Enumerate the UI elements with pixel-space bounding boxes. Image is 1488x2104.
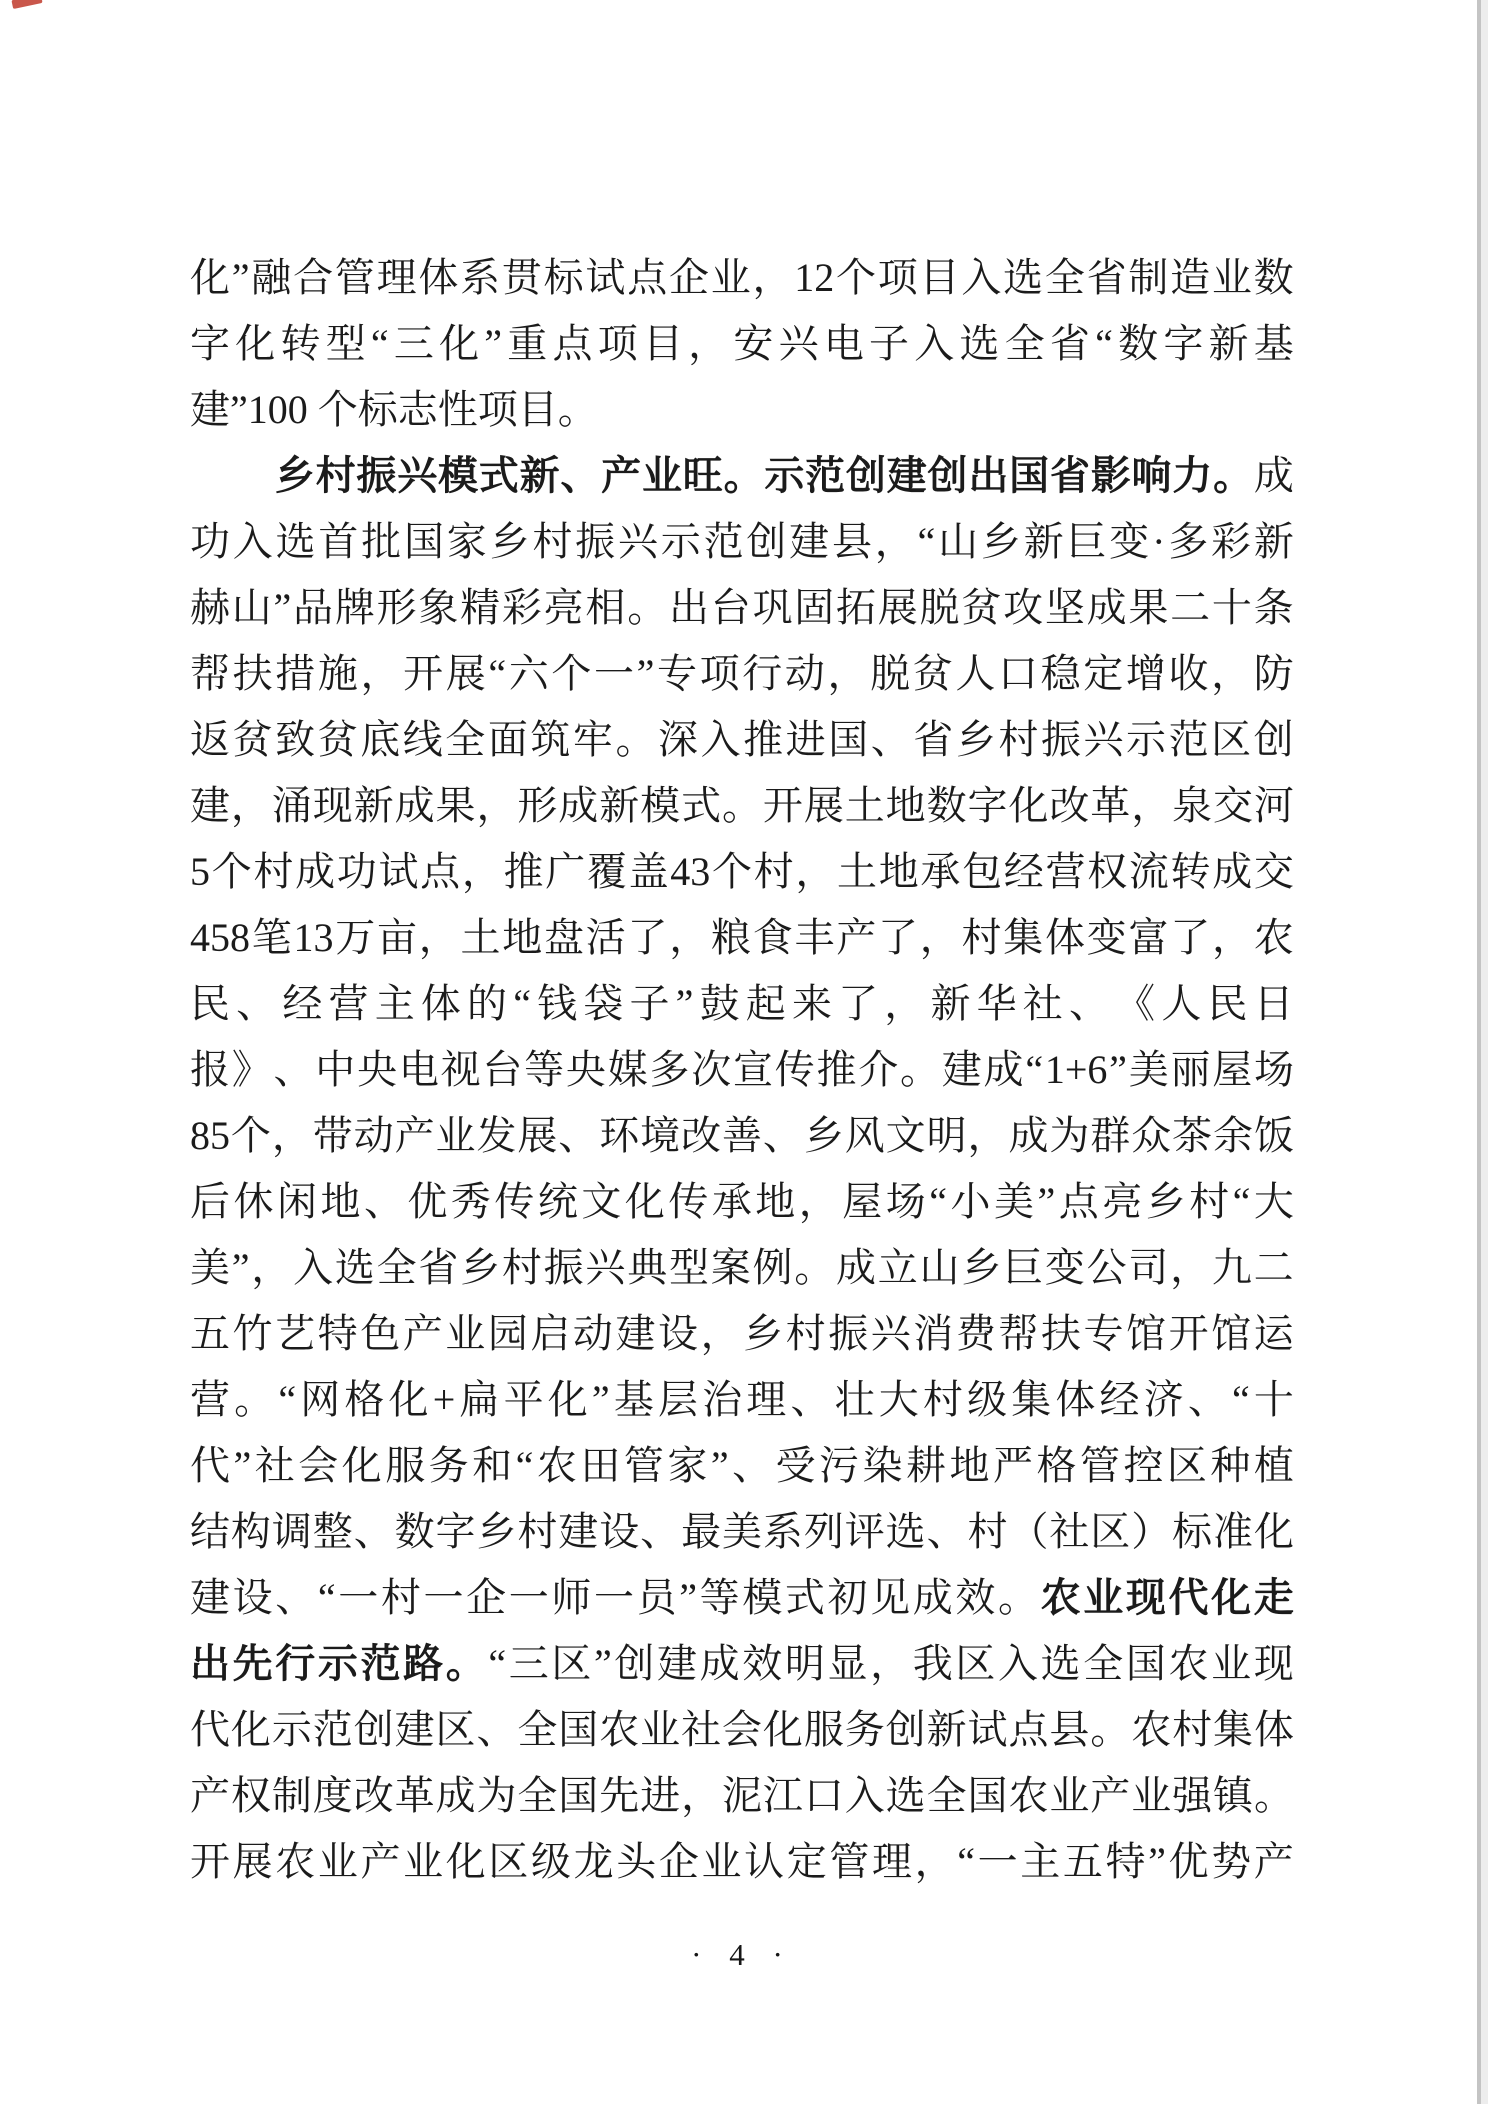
text-token: 袋 (583, 971, 623, 1037)
text-token: 竹 (233, 1301, 273, 1367)
text-token: 大 (1254, 1169, 1294, 1235)
text-token: 案 (711, 1235, 751, 1301)
text-token: 日 (1254, 971, 1294, 1037)
text-token: 环 (599, 1103, 639, 1169)
text-token: 展 (517, 1103, 557, 1169)
text-token: 丰 (795, 905, 835, 971)
text-token: 济 (1144, 1367, 1184, 1433)
text-token: 产 (836, 905, 876, 971)
text-token: 标 (1172, 1499, 1212, 1565)
text-token: 建 (558, 1499, 598, 1565)
text-token: 振 (575, 509, 615, 575)
text-token: 钱 (537, 971, 577, 1037)
bold-text-token: 业 (1083, 1565, 1123, 1631)
text-token: 化 (439, 311, 479, 377)
text-token: 致 (275, 707, 315, 773)
text-token: 了 (838, 971, 878, 1037)
text-token: 明 (785, 1631, 825, 1697)
bold-text-token: 业 (642, 443, 682, 509)
bold-text-token: 农 (1041, 1565, 1081, 1631)
text-token: 革 (1090, 773, 1130, 839)
bold-text-token: 示 (764, 443, 804, 509)
text-token: 乡 (743, 1301, 783, 1367)
text-token: 面 (488, 707, 528, 773)
text-token: 见 (870, 1565, 910, 1631)
text-token: 产 (403, 1301, 443, 1367)
text-token: 体 (1254, 1697, 1294, 1763)
text-token: 化 (190, 245, 230, 311)
text-token: 服 (804, 1697, 844, 1763)
text-token: 费 (956, 1301, 996, 1367)
text-line: 化”融合管理体系贯标试点企业，12个项目入选全省制造业数 (190, 245, 1294, 311)
text-token: 个 (212, 839, 252, 905)
text-token: ， (915, 1829, 955, 1895)
bold-text-token: 旺 (683, 443, 723, 509)
text-token: 贫 (961, 575, 1001, 641)
text-token: 底 (360, 707, 400, 773)
text-token: 范 (704, 509, 744, 575)
text-token: 列 (804, 1499, 844, 1565)
text-token: 巨 (1003, 1235, 1043, 1301)
bold-text-token: 创 (928, 443, 968, 509)
text-token: 模 (640, 773, 680, 839)
text-token: 国 (968, 1763, 1008, 1829)
text-line: 帮扶措施，开展“六个一”专项行动，脱贫人口稳定增收，防 (190, 641, 1294, 707)
text-token: 创 (886, 1697, 926, 1763)
text-token: 振 (544, 1235, 584, 1301)
text-token: 一 (424, 1565, 464, 1631)
text-token: 系 (460, 245, 500, 311)
text-token: 化 (1254, 1499, 1294, 1565)
text-token: 458 (190, 905, 250, 971)
text-token: ， (681, 1763, 721, 1829)
text-token: 建 (657, 1631, 697, 1697)
text-token: ， (231, 773, 271, 839)
text-token: ， (251, 1235, 291, 1301)
text-token: ， (870, 1631, 910, 1697)
text-token: 变 (1109, 509, 1149, 575)
text-token: 创 (1254, 707, 1294, 773)
text-token: “ (488, 641, 506, 707)
text-token: 。 (998, 1565, 1038, 1631)
text-token: 选 (335, 1235, 375, 1301)
text-token: 格 (1036, 1433, 1076, 1499)
text-token: 造 (1170, 245, 1210, 311)
text-token: 特 (1106, 1829, 1146, 1895)
text-token: 点 (1059, 1169, 1099, 1235)
text-token: 一 (338, 1565, 378, 1631)
page-edge-shadow (1477, 0, 1481, 2104)
text-token: 、 (871, 707, 911, 773)
text-token: 人 (955, 641, 995, 707)
text-token: 家 (447, 509, 487, 575)
text-token: 试 (968, 1697, 1008, 1763)
text-token: 数 (395, 1499, 435, 1565)
text-token: 化 (763, 1697, 803, 1763)
text-token: 构 (231, 1499, 271, 1565)
text-token: 选 (1041, 1631, 1081, 1697)
text-token: （ (1008, 1499, 1048, 1565)
text-token: ， (828, 641, 868, 707)
text-token: 入 (845, 1763, 885, 1829)
text-token: ， (799, 1169, 839, 1235)
text-token: 亮 (544, 575, 584, 641)
text-token: 业 (1131, 1763, 1171, 1829)
text-token: 试 (378, 839, 418, 905)
text-token: 全 (517, 1763, 557, 1829)
bold-text-token: 影 (1091, 443, 1131, 509)
text-token: 村 (1189, 1169, 1229, 1235)
text-token: 村 (786, 1301, 826, 1367)
text-line: 出先行示范路。“三区”创建成效明显，我区入选全国农业现 (190, 1631, 1294, 1697)
text-token: ， (688, 311, 728, 377)
text-token: 受 (776, 1433, 816, 1499)
text-token: 、 (476, 1697, 516, 1763)
text-token: 新 (1024, 509, 1064, 575)
text-token: 万 (335, 905, 375, 971)
text-token: 创 (354, 1697, 394, 1763)
text-token: 泥 (722, 1763, 762, 1829)
text-token: ， (272, 1103, 312, 1169)
text-token: 型 (326, 311, 366, 377)
text-token: 、 (354, 1499, 394, 1565)
text-token: 基 (614, 1367, 654, 1433)
text-token: 小 (950, 1169, 990, 1235)
text-token: 企 (669, 245, 709, 311)
text-token: 严 (993, 1433, 1033, 1499)
text-token: 县 (1049, 1697, 1089, 1763)
text-token: ” (637, 641, 655, 707)
text-token: 动 (785, 641, 825, 707)
text-token: 式 (785, 1565, 825, 1631)
text-token: 型 (669, 1235, 709, 1301)
bold-text-token: 产 (601, 443, 641, 509)
text-token: 华 (977, 971, 1017, 1037)
bold-text-token: 村 (316, 443, 356, 509)
text-token: ” (711, 1433, 729, 1499)
text-token: 数 (1118, 311, 1158, 377)
text-line: 字化转型“三化”重点项目，安兴电子入选全省“数字新基 (190, 311, 1294, 377)
text-token: 人 (1161, 971, 1201, 1037)
bold-text-token: 创 (846, 443, 886, 509)
text-token: 业 (640, 1697, 680, 1763)
text-token: 口 (998, 641, 1038, 707)
text-token: ” (676, 971, 694, 1037)
text-token: 固 (794, 575, 834, 641)
text-line: 美”，入选全省乡村振兴典型案例。成立山乡巨变公司，九二 (190, 1235, 1294, 1301)
text-token: 全 (517, 1697, 557, 1763)
text-token: 代 (190, 1697, 230, 1763)
text-line: 后休闲地、优秀传统文化传承地，屋场“小美”点亮乡村“大 (190, 1169, 1294, 1235)
text-token: 措 (275, 641, 315, 707)
text-token: 成 (984, 1037, 1024, 1103)
bold-text-token: 走 (1254, 1565, 1294, 1631)
text-token: 展 (446, 641, 486, 707)
text-token: ” (274, 575, 292, 641)
text-token: 势 (1211, 1829, 1251, 1895)
text-token: 成 (395, 773, 435, 839)
text-token: 一 (509, 1565, 549, 1631)
text-token: ） (1131, 1499, 1171, 1565)
text-token: 美 (1129, 1037, 1169, 1103)
text-token: 一 (594, 641, 634, 707)
text-token: 十 (1254, 1367, 1294, 1433)
text-token: 批 (361, 509, 401, 575)
text-token: 全 (927, 1763, 967, 1829)
bold-text-token: 先 (233, 1631, 273, 1697)
text-token: 会 (722, 1697, 762, 1763)
text-token: 出 (669, 575, 709, 641)
text-token: 5 (190, 839, 210, 905)
text-token: “ (1095, 311, 1113, 377)
text-token: 入 (233, 509, 273, 575)
page-number-text: · 4 · (691, 1937, 793, 1972)
text-token: 省 (1050, 311, 1090, 377)
text-token: 来 (792, 971, 832, 1037)
text-token: 牢 (573, 707, 613, 773)
text-token: “ (1232, 1367, 1250, 1433)
text-token: 认 (744, 1829, 784, 1895)
text-token: 区 (1211, 707, 1251, 773)
text-token: 田 (580, 1433, 620, 1499)
bold-text-token: 式 (479, 443, 519, 509)
text-token: 变 (1045, 1235, 1085, 1301)
text-token: 点 (1008, 1697, 1048, 1763)
text-token: 明 (927, 1103, 967, 1169)
text-token: 区 (488, 1829, 528, 1895)
bold-text-token: 范 (805, 443, 845, 509)
text-token: 和 (472, 1433, 512, 1499)
text-token: ， (968, 1103, 1008, 1169)
text-token: 管 (829, 1829, 869, 1895)
text-token: 公 (1087, 1235, 1127, 1301)
bold-text-token: 化 (1211, 1565, 1251, 1631)
text-token: 成 (836, 1235, 876, 1301)
text-token: 进 (786, 707, 826, 773)
text-token: 了 (628, 905, 668, 971)
text-token: 成 (700, 1631, 740, 1697)
text-token: 为 (476, 1763, 516, 1829)
bold-text-token: 出 (190, 1631, 230, 1697)
text-token: 营 (329, 971, 369, 1037)
text-line: 458笔13万亩，土地盘活了，粮食丰产了，村集体变富了，农 (190, 905, 1294, 971)
text-token: 头 (616, 1829, 656, 1895)
text-token: ， (795, 839, 835, 905)
text-token: 交 (1213, 773, 1253, 839)
text-token: 安 (733, 311, 773, 377)
text-token: 经 (1100, 1367, 1140, 1433)
text-token: 地 (502, 905, 542, 971)
text-token: 选 (886, 1499, 926, 1565)
text-token: 农 (599, 1697, 639, 1763)
text-token: 余 (1213, 1103, 1253, 1169)
text-token: 管 (335, 245, 375, 311)
text-token: 善 (722, 1103, 762, 1169)
text-token: 系 (763, 1499, 803, 1565)
text-token: 合 (293, 245, 333, 311)
text-token: 展 (233, 1829, 273, 1895)
text-token: 民 (190, 971, 230, 1037)
bold-text-token: 力 (1172, 443, 1212, 509)
text-token: ” (594, 1631, 612, 1697)
text-token: 建 (789, 509, 829, 575)
text-token: 境 (640, 1103, 680, 1169)
text-token: 现 (1254, 1631, 1294, 1697)
bold-text-token: 振 (356, 443, 396, 509)
text-token: 村 (532, 509, 572, 575)
text-token: 集 (1011, 1367, 1051, 1433)
text-token: 乡 (956, 707, 996, 773)
text-token: 活 (586, 905, 626, 971)
text-token: 体 (418, 245, 458, 311)
text-token: 产 (190, 1763, 230, 1829)
text-token: 初 (828, 1565, 868, 1631)
text-token: 美 (994, 1169, 1034, 1235)
text-token: 。 (615, 707, 655, 773)
text-token: “ (513, 971, 531, 1037)
text-token: 入 (961, 245, 1001, 311)
bold-text-token: 响 (1132, 443, 1172, 509)
text-token: 、 (927, 1499, 967, 1565)
text-token: 果 (436, 773, 476, 839)
text-token: “ (929, 1169, 947, 1235)
text-token: 土 (845, 773, 885, 839)
text-token: 台 (711, 575, 751, 641)
text-token: 帮 (998, 1301, 1038, 1367)
text-token: 十 (1212, 575, 1252, 641)
text-token: 等 (700, 1565, 740, 1631)
text-token: 馆 (1211, 1301, 1251, 1367)
text-token: 村 (517, 1499, 557, 1565)
text-line: 5个村成功试点，推广覆盖43个村，土地承包经营权流转成交 (190, 839, 1294, 905)
text-token: 富 (1129, 905, 1169, 971)
text-token: ” (232, 1235, 250, 1301)
text-token: 成 (436, 1763, 476, 1829)
text-token: 字 (1163, 311, 1203, 377)
text-token: 包 (962, 839, 1002, 905)
text-token: 建 (395, 1697, 435, 1763)
text-line: 功入选首批国家乡村振兴示范创建县，“山乡新巨变·多彩新 (190, 509, 1294, 575)
text-token: 先 (599, 1763, 639, 1829)
text-token: 盖 (629, 839, 669, 905)
text-token: 模 (742, 1565, 782, 1631)
text-token: 控 (1123, 1433, 1163, 1499)
text-token: 地 (879, 839, 919, 905)
bold-text-token: 代 (1169, 1565, 1209, 1631)
text-token: 全 (1045, 245, 1085, 311)
text-token: 众 (1131, 1103, 1171, 1169)
text-token: 强 (1172, 1763, 1212, 1829)
bold-text-token: 国 (1009, 443, 1049, 509)
text-token: 设 (599, 1499, 639, 1565)
text-token: 治 (702, 1367, 742, 1433)
text-token: 象 (418, 575, 458, 641)
text-token: 选 (959, 311, 999, 377)
text-token: 。 (900, 1037, 940, 1103)
text-token: “ (918, 509, 936, 575)
text-token: 社 (1049, 1499, 1089, 1565)
text-token: 入 (998, 1631, 1038, 1697)
text-token: 馆 (1126, 1301, 1166, 1367)
text-token: 区 (1090, 1499, 1130, 1565)
text-token: 山 (920, 1235, 960, 1301)
text-token: 级 (531, 1829, 571, 1895)
text-token: 山 (232, 575, 272, 641)
text-token: ” (1109, 1037, 1127, 1103)
text-line: 乡村振兴模式新、产业旺。示范创建创出国省影响力。成 (190, 443, 1294, 509)
text-token: 品 (293, 575, 333, 641)
text-token: 理 (377, 245, 417, 311)
text-token: “ (488, 1631, 506, 1697)
text-token: 赫 (190, 575, 230, 641)
text-token: 85 (190, 1103, 230, 1169)
text-token: ， (875, 509, 915, 575)
text-token: 交 (1254, 839, 1294, 905)
text-token: 流 (1129, 839, 1169, 905)
text-token: 振 (828, 1301, 868, 1367)
text-token: 、 (364, 1169, 404, 1235)
document-body: 化”融合管理体系贯标试点企业，12个项目入选全省制造业数字化转型“三化”重点项目… (190, 245, 1294, 1895)
text-token: 业 (445, 1301, 485, 1367)
text-token: 个 (231, 1103, 271, 1169)
text-token: 。 (1090, 1697, 1130, 1763)
text-token: 服 (385, 1433, 425, 1499)
text-token: 入 (293, 1235, 333, 1301)
text-token: 村 (962, 905, 1002, 971)
text-token: 全 (377, 1235, 417, 1301)
text-token: 色 (360, 1301, 400, 1367)
text-token: 最 (681, 1499, 721, 1565)
text-token: ， (920, 905, 960, 971)
text-token: 营 (190, 1367, 230, 1433)
text-token: 形 (517, 773, 557, 839)
text-token: 央 (357, 1037, 397, 1103)
text-line: 结构调整、数字乡村建设、最美系列评选、村（社区）标准化 (190, 1499, 1294, 1565)
text-token: 项 (700, 641, 740, 707)
text-token: 、 (274, 1037, 314, 1103)
text-token: 、 (640, 1499, 680, 1565)
text-token: 43 (670, 839, 710, 905)
text-token: 饭 (1254, 1103, 1294, 1169)
text-token: 区 (551, 1631, 591, 1697)
text-token: 相 (585, 575, 625, 641)
text-token: 定 (787, 1829, 827, 1895)
text-token: 国 (828, 707, 868, 773)
text-token: 区 (436, 1697, 476, 1763)
text-token: 会 (298, 1433, 338, 1499)
text-token: 。 (1254, 1763, 1294, 1829)
text-token: 、 (236, 971, 276, 1037)
text-token: 营 (1045, 839, 1085, 905)
text-token: 五 (190, 1301, 230, 1367)
text-token: 广 (545, 839, 585, 905)
text-token: 扁 (459, 1367, 499, 1433)
text-token: 全 (1005, 311, 1045, 377)
text-token: 转 (280, 311, 320, 377)
text-token: 报 (190, 1037, 230, 1103)
text-token: 防 (1254, 641, 1294, 707)
text-token: 新 (927, 1697, 967, 1763)
text-token: 选 (1003, 245, 1043, 311)
text-token: 稳 (1041, 641, 1081, 707)
text-token: 权 (1087, 839, 1127, 905)
text-token: 。 (627, 575, 667, 641)
text-token: 化 (548, 1367, 588, 1433)
text-token: 涌 (272, 773, 312, 839)
text-token: 度 (313, 1763, 353, 1829)
text-token: 兴 (779, 311, 819, 377)
text-token: 行 (742, 641, 782, 707)
